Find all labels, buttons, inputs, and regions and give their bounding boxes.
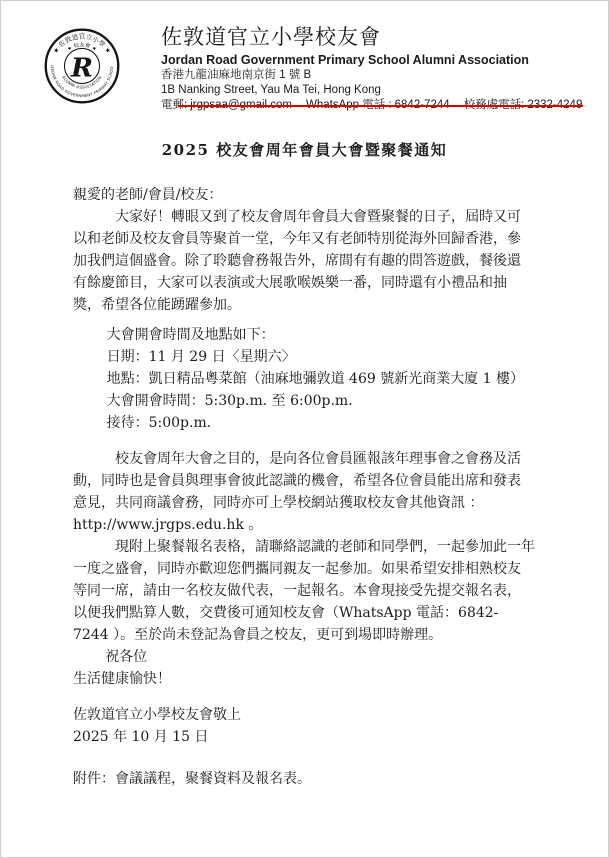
paragraph-intro: 大家好！轉眼又到了校友會周年會員大會暨聚餐的日子，屆時又可 以和老師及校友會員等… bbox=[73, 206, 548, 316]
letter-body: 親愛的老師/會員/校友： 大家好！轉眼又到了校友會周年會員大會暨聚餐的日子，屆時… bbox=[1, 160, 608, 790]
org-name-english: Jordan Road Government Primary School Al… bbox=[161, 52, 582, 68]
org-name-chinese: 佐敦道官立小學校友會 bbox=[161, 25, 582, 50]
red-divider-rule bbox=[178, 105, 583, 107]
attachment-line: 附件：會議議程，聚餐資料及報名表。 bbox=[73, 768, 548, 790]
seal-monogram-r: R bbox=[70, 53, 93, 84]
letter-page: ★ 佐敦道官立小學 ★ ★ 校友會 ★ JORDAN ROAD GOVERNME… bbox=[0, 0, 609, 858]
notice-title: 2025 校友會周年會員大會暨聚餐通知 bbox=[1, 139, 608, 160]
letterhead: ★ 佐敦道官立小學 ★ ★ 校友會 ★ JORDAN ROAD GOVERNME… bbox=[1, 1, 608, 113]
org-address-chinese: 香港九龍油麻地南京街 1 號 B bbox=[161, 68, 582, 83]
wish-lead-line: 祝各位 bbox=[73, 646, 548, 668]
alumni-association-seal-logo: ★ 佐敦道官立小學 ★ ★ 校友會 ★ JORDAN ROAD GOVERNME… bbox=[43, 25, 121, 107]
meeting-schedule-block: 大會開會時間及地點如下： 日期：11 月 29 日〈星期六〉 地點：凱日精品粵菜… bbox=[73, 324, 548, 434]
paragraph-registration: 現附上聚餐報名表格，請聯絡認識的老師和同學們，一起參加此一年 一度之盛會，同時亦… bbox=[73, 536, 548, 646]
date-line: 2025 年 10 月 15 日 bbox=[73, 726, 548, 748]
paragraph-purpose: 校友會周年大會之目的，是向各位會員匯報該年理事會之會務及活 動，同時也是會員與理… bbox=[73, 448, 548, 536]
signoff-block: 佐敦道官立小學校友會敬上 2025 年 10 月 15 日 bbox=[73, 704, 548, 748]
org-address-english: 1B Nanking Street, Yau Ma Tei, Hong Kong bbox=[161, 83, 582, 98]
salutation: 親愛的老師/會員/校友： bbox=[73, 184, 548, 206]
signoff-line: 佐敦道官立小學校友會敬上 bbox=[73, 704, 548, 726]
wish-line: 生活健康愉快！ bbox=[73, 668, 548, 690]
letterhead-text: 佐敦道官立小學校友會 Jordan Road Government Primar… bbox=[161, 25, 582, 113]
